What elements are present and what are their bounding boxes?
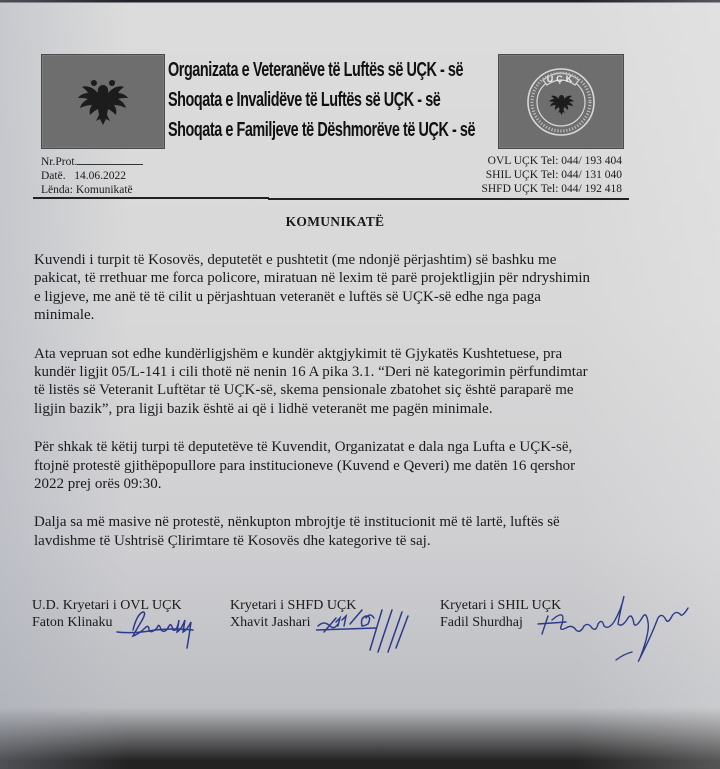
double-headed-eagle-icon	[72, 71, 134, 133]
signatory-name: Fadil Shurdhaj	[440, 614, 561, 631]
signatory-role: Kryetari i SHIL UÇK	[440, 597, 561, 614]
contact-shil: SHIL UÇK Tel: 044/ 131 040	[481, 168, 622, 182]
paragraph: Dalja sa më masive në protestë, nënkupto…	[34, 513, 634, 550]
paragraph: Ata vepruan sot edhe kundërligjshëm e ku…	[34, 345, 634, 419]
org-line-ovl: Organizata e Veteranëve të Luftës së UÇK…	[168, 55, 406, 85]
signatory-shil: Kryetari i SHIL UÇK Fadil Shurdhaj	[440, 597, 561, 631]
contact-ovl: OVL UÇK Tel: 044/ 193 404	[481, 154, 622, 168]
signatory-name: Xhavit Jashari	[230, 614, 356, 631]
header-divider	[268, 198, 629, 200]
organization-names: Organizata e Veteranëve të Luftës së UÇK…	[168, 55, 406, 145]
paragraph: Kuvendi i turpit të Kosovës, deputetët e…	[34, 251, 634, 325]
org-line-shil: Shoqata e Invalidëve të Luftës së UÇK - …	[168, 85, 406, 115]
signatory-name: Faton Klinaku	[32, 614, 182, 631]
signatory-role: Kryetari i SHFD UÇK	[230, 597, 356, 614]
document-body: Kuvendi i turpit të Kosovës, deputetët e…	[34, 251, 634, 570]
contact-phones: OVL UÇK Tel: 044/ 193 404 SHIL UÇK Tel: …	[481, 154, 622, 196]
uck-emblem-icon: UÇK	[523, 64, 599, 140]
signatory-role: U.D. Kryetari i OVL UÇK	[32, 597, 182, 614]
contact-shfd: SHFD UÇK Tel: 044/ 192 418	[481, 182, 622, 196]
document-subject: Lënda: Komunikatë	[41, 183, 143, 197]
paragraph: Për shkak të këtij turpi të deputetëve t…	[34, 438, 634, 493]
albanian-eagle-logo	[41, 54, 165, 149]
signatory-shfd: Kryetari i SHFD UÇK Xhavit Jashari	[230, 597, 356, 631]
uck-emblem-logo: UÇK	[498, 54, 624, 149]
org-line-shfd: Shoqata e Familjeve të Dëshmorëve të UÇK…	[168, 115, 406, 145]
protocol-number-blank	[77, 154, 143, 165]
protocol-number: Nr.Prot.	[41, 154, 143, 169]
document-date: Datë. 14.06.2022	[41, 169, 143, 183]
header-divider	[33, 197, 269, 199]
signatory-ovl: U.D. Kryetari i OVL UÇK Faton Klinaku	[32, 597, 182, 631]
document-meta: Nr.Prot. Datë. 14.06.2022 Lënda: Komunik…	[41, 154, 143, 197]
document-title: KOMUNIKATË	[0, 214, 720, 230]
